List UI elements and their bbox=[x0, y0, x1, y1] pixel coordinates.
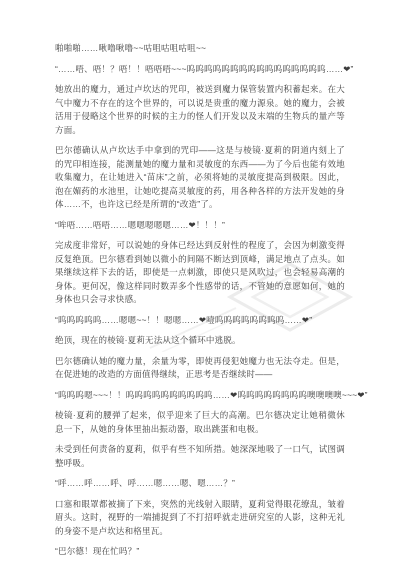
narration-paragraph: 巴尔德确认从卢坎达手中拿到的咒印——这是与棱镜·夏莉的阴道内刻上了的咒印相连接，… bbox=[55, 144, 345, 212]
narration-paragraph: 绝顶，现在的棱镜·夏莉无法从这个循环中逃脱。 bbox=[55, 334, 345, 348]
dialogue-line: “……唔、唔！？唔！！唔唔唔~~~呜呜呜呜呜呜呜呜呜呜呜呜呜呜呜呜……❤” bbox=[55, 63, 345, 77]
onomatopoeia-line: 啪啪啪……啾噜啾噜~~咕咀咕咀咕咀~~ bbox=[55, 42, 345, 56]
narration-paragraph: 完成度非常好，可以说她的身体已经达到反射性的程度了，会因为刺激变得反复绝顶。巴尔… bbox=[55, 239, 345, 307]
dialogue-line: “呜呜呜呜呜……嗯嗯~~！！嗯嗯……❤噎呜呜呜呜呜呜呜呜……❤” bbox=[55, 314, 345, 328]
narration-paragraph: 棱镜·夏莉的腰弹了起来，似乎迎来了巨大的高潮。巴尔德决定让她稍微休息一下，从她的… bbox=[55, 409, 345, 436]
narration-paragraph: 口塞和眼罩都被摘了下来，突然的光线射入眼睛，夏莉觉得眼花缭乱，皱着眉头。这时，视… bbox=[55, 498, 345, 539]
dialogue-line: “呜呜呜嗯~~~！！呜呜呜呜呜呜呜呜呜呜……❤呜呜呜呜呜呜呜呜噢噢噢噢~~~❤” bbox=[55, 389, 345, 403]
dialogue-line: “呼……呼……呼、呼……嗯……嗯、嗯……？” bbox=[55, 477, 345, 491]
dialogue-line: “哞唔……唔唔……嗯嗯嗯嗯嗯……❤！！！” bbox=[55, 219, 345, 233]
document-page: 啪啪啪……啾噜啾噜~~咕咀咕咀咕咀~~ “……唔、唔！？唔！！唔唔唔~~~呜呜呜… bbox=[0, 0, 400, 565]
narration-paragraph: 巴尔德确认她的魔力量，余量为零，即使再侵犯她魔力也无法夺走。但是，在促进她的改造… bbox=[55, 355, 345, 382]
narration-paragraph: 未受到任何责备的夏莉，似乎有些不知所措。她深深地吸了一口气，试图调整呼吸。 bbox=[55, 443, 345, 470]
narration-paragraph: 她放出的魔力，通过卢坎达的咒印，被送到魔力保管装置内积蓄起来。在大气中魔力不存在… bbox=[55, 83, 345, 137]
dialogue-line: “巴尔德！现在忙吗？” bbox=[55, 545, 345, 559]
